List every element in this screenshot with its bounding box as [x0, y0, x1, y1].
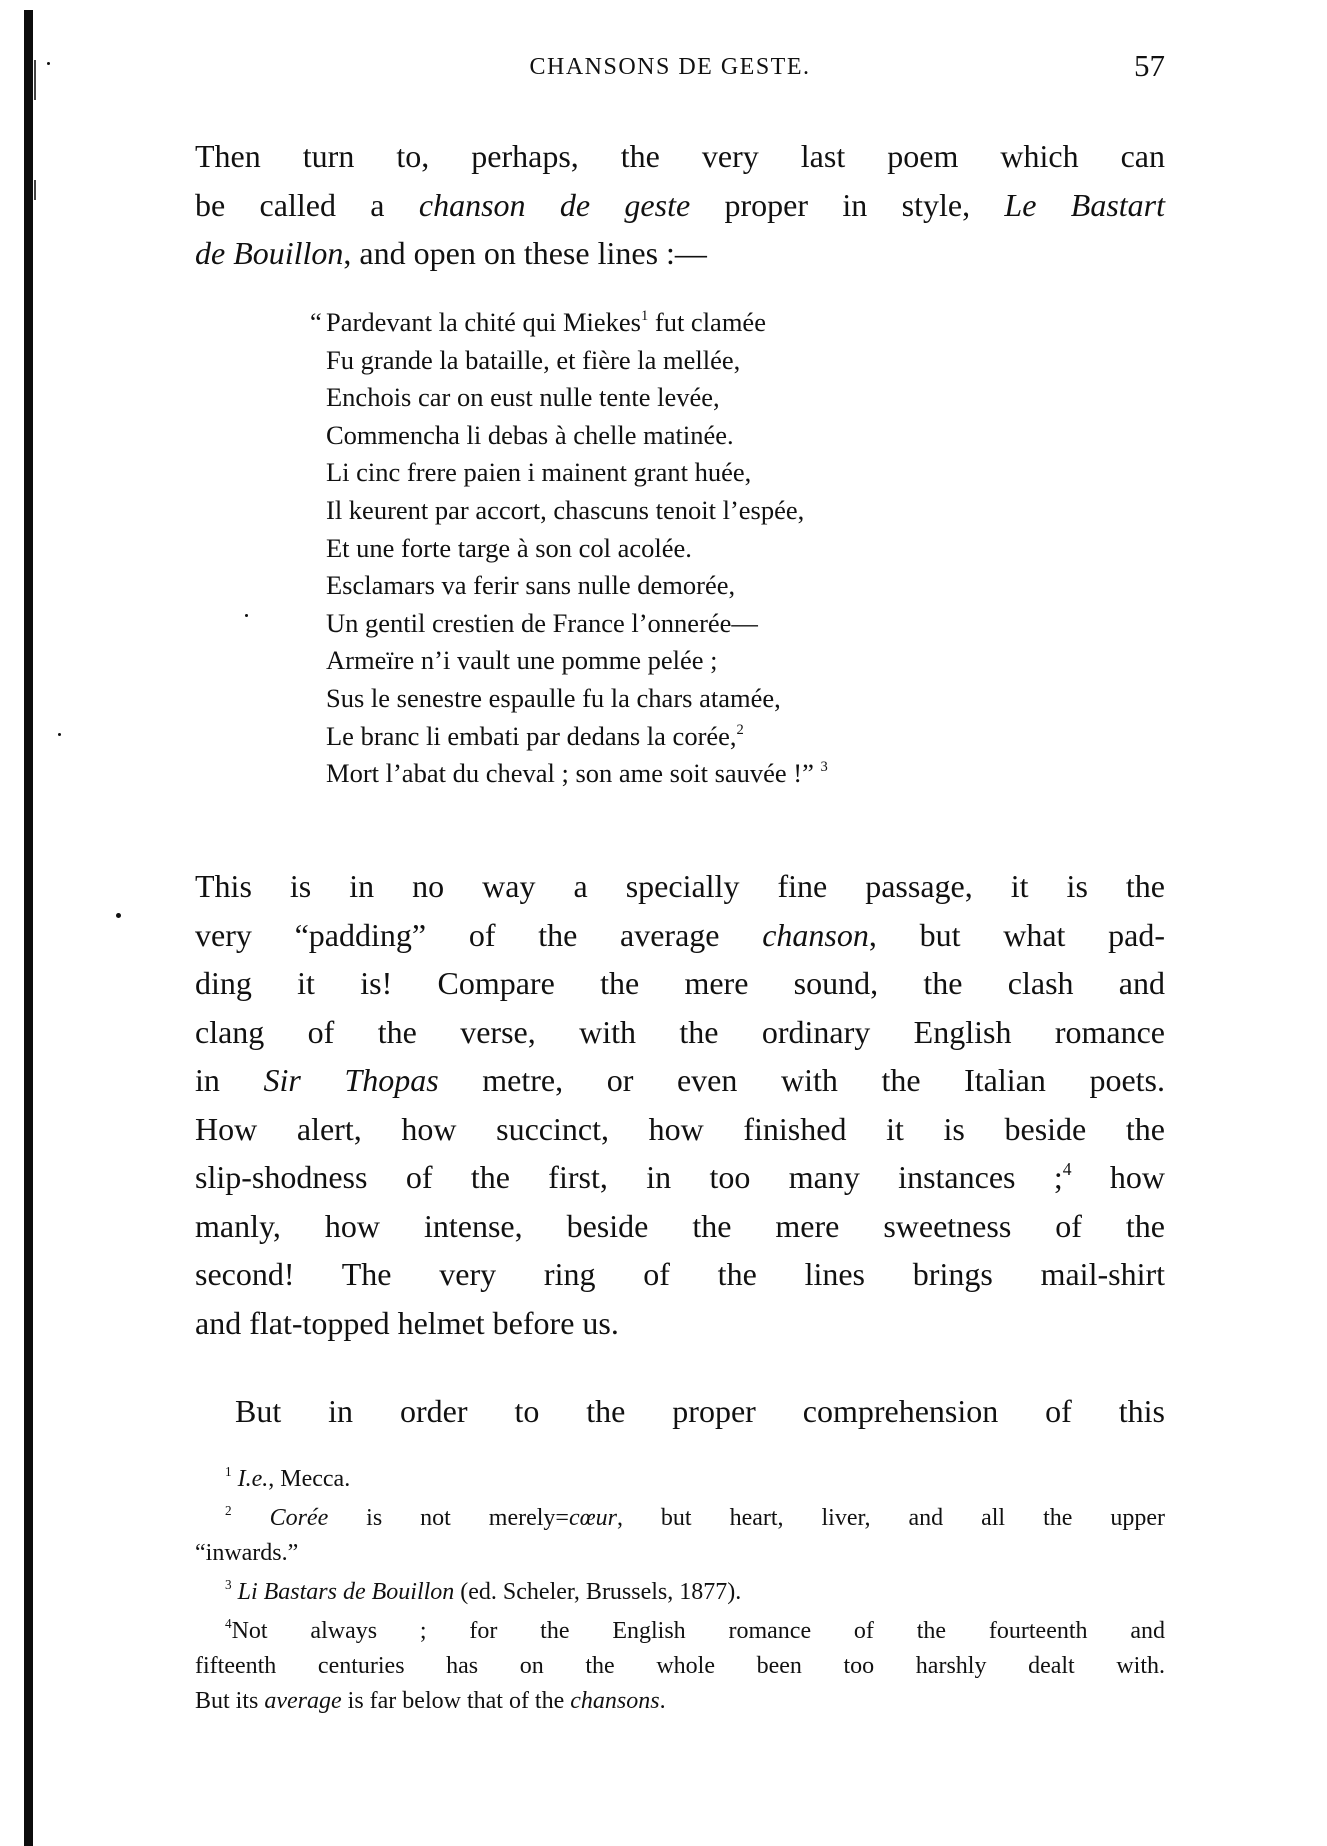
text-run: Le branc li embati par dedans la corée, — [326, 721, 737, 751]
footnote-1: 1 I.e., Mecca. — [195, 1462, 1165, 1497]
footnote-mark: 3 — [225, 1577, 232, 1592]
verse-line: Li cinc frere paien i mainent grant huée… — [310, 454, 828, 492]
verse-line: Et une forte targe à son col acolée. — [310, 530, 828, 568]
text-run: fut clamée — [648, 307, 766, 337]
footnote-ref[interactable]: 2 — [737, 722, 744, 738]
text-line: and flat-topped helmet before us. — [195, 1299, 1165, 1348]
italic-term: average — [264, 1688, 341, 1714]
footnote-mark: 2 — [225, 1503, 232, 1518]
verse-line: Sus le senestre espaulle fu la chars ata… — [310, 680, 828, 718]
text-run: proper in style, — [690, 187, 1004, 223]
italic-term: Corée — [270, 1505, 329, 1531]
verse-line: Mort l’abat du cheval ; son ame soit sau… — [310, 755, 828, 793]
italic-title: Li Bastars de Bouillon — [238, 1579, 455, 1605]
italic-title: Le Bastart — [1004, 187, 1165, 223]
verse-line: Un gentil crestien de France l’onnerée— — [310, 605, 828, 643]
text-run: Mort l’abat du cheval ; son ame soit sau… — [326, 758, 814, 788]
footnote-mark: 4 — [225, 1616, 232, 1631]
text-line: manly, how intense, beside the mere swee… — [195, 1202, 1165, 1251]
page-binding-edge — [24, 10, 33, 1846]
footnote-4: 4Not always ; for the English romance of… — [195, 1614, 1165, 1649]
italic-term: cœur — [569, 1505, 617, 1531]
running-head: CHANSONS DE GESTE. 57 — [195, 50, 1165, 84]
verse-line: “Pardevant la chité qui Miekes1 fut clam… — [310, 304, 828, 342]
scan-speck — [58, 733, 61, 736]
text-run: Not always ; for the English romance of … — [232, 1618, 1165, 1644]
text-line: de Bouillon, and open on these lines :— — [195, 229, 1165, 278]
footnote-4-line-2: fifteenth centuries has on the whole bee… — [195, 1649, 1165, 1684]
text-run: very “padding” of the average — [195, 917, 762, 953]
text-line: very “padding” of the average chanson, b… — [195, 911, 1165, 960]
italic-term: chansons — [570, 1688, 659, 1714]
text-run: slip-shodness of the first, in too many … — [195, 1159, 1063, 1195]
verse-line: Esclamars va ferir sans nulle demorée, — [310, 567, 828, 605]
text-run: , but what pad- — [869, 917, 1165, 953]
text-run: how — [1072, 1159, 1165, 1195]
italic-title: de Bouillon — [195, 235, 343, 271]
scan-speck — [47, 62, 50, 65]
paragraph-1: Then turn to, perhaps, the very last poe… — [195, 132, 1165, 278]
scan-speck — [116, 913, 121, 918]
italic-term: chanson — [762, 917, 869, 953]
page-number: 57 — [1134, 47, 1165, 85]
italic-term: I.e. — [238, 1466, 269, 1492]
verse-line: Il keurent par accort, chascuns tenoit l… — [310, 492, 828, 530]
verse-line: Commencha li debas à chelle matinée. — [310, 417, 828, 455]
running-title: CHANSONS DE GESTE. — [195, 50, 1165, 84]
text-run: be called a — [195, 187, 419, 223]
text-line: clang of the verse, with the ordinary En… — [195, 1008, 1165, 1057]
text-line: Then turn to, perhaps, the very last poe… — [195, 132, 1165, 181]
footnote-ref[interactable]: 4 — [1063, 1159, 1072, 1179]
text-run: Pardevant la chité qui Miekes — [326, 307, 641, 337]
open-quote: “ — [310, 304, 326, 342]
text-line: second! The very ring of the lines bring… — [195, 1250, 1165, 1299]
text-run: metre, or even with the Italian poets. — [439, 1062, 1165, 1098]
verse-line: Enchois car on eust nulle tente levée, — [310, 379, 828, 417]
text-line: be called a chanson de geste proper in s… — [195, 181, 1165, 230]
scan-artifact — [34, 180, 36, 200]
footnote-2: 2 Corée is not merely=cœur, but heart, l… — [195, 1501, 1165, 1536]
text-run: But its — [195, 1688, 264, 1714]
text-run: is far below that of the — [342, 1688, 571, 1714]
text-line: How alert, how succinct, how finished it… — [195, 1105, 1165, 1154]
footnote-4-line-3: But its average is far below that of the… — [195, 1684, 1165, 1719]
scan-speck — [245, 614, 248, 617]
paragraph-2: This is in no way a specially fine passa… — [195, 862, 1165, 1347]
italic-title: Sir Thopas — [263, 1062, 438, 1098]
footnote-ref[interactable]: 3 — [821, 759, 828, 775]
scan-artifact — [34, 60, 36, 100]
text-line: This is in no way a specially fine passa… — [195, 862, 1165, 911]
footnotes: 1 I.e., Mecca. 2 Corée is not merely=cœu… — [195, 1462, 1165, 1719]
text-run: , Mecca. — [268, 1466, 350, 1492]
paragraph-3: But in order to the proper comprehension… — [195, 1387, 1165, 1436]
text-run: , but heart, liver, and all the upper — [617, 1505, 1165, 1531]
footnote-3: 3 Li Bastars de Bouillon (ed. Scheler, B… — [195, 1575, 1165, 1610]
text-run: (ed. Scheler, Brussels, 1877). — [454, 1579, 741, 1605]
footnote-mark: 1 — [225, 1464, 232, 1479]
text-line: But in order to the proper comprehension… — [195, 1387, 1165, 1436]
verse-line: Fu grande la bataille, et fière la mellé… — [310, 342, 828, 380]
text-run: is not merely= — [328, 1505, 569, 1531]
text-line: ding it is! Compare the mere sound, the … — [195, 959, 1165, 1008]
text-run: Then turn to, perhaps, the very last poe… — [195, 138, 1165, 174]
italic-term: chanson de geste — [419, 187, 690, 223]
verse-quotation: “Pardevant la chité qui Miekes1 fut clam… — [310, 304, 828, 793]
verse-line: Armeïre n’i vault une pomme pelée ; — [310, 642, 828, 680]
text-line: slip-shodness of the first, in too many … — [195, 1153, 1165, 1202]
footnote-2-continuation: “inwards.” — [195, 1536, 1165, 1571]
text-run: in — [195, 1062, 263, 1098]
text-run: , and open on these lines :— — [343, 235, 706, 271]
text-line: in Sir Thopas metre, or even with the It… — [195, 1056, 1165, 1105]
text-run: . — [660, 1688, 666, 1714]
verse-line: Le branc li embati par dedans la corée,2 — [310, 718, 828, 756]
